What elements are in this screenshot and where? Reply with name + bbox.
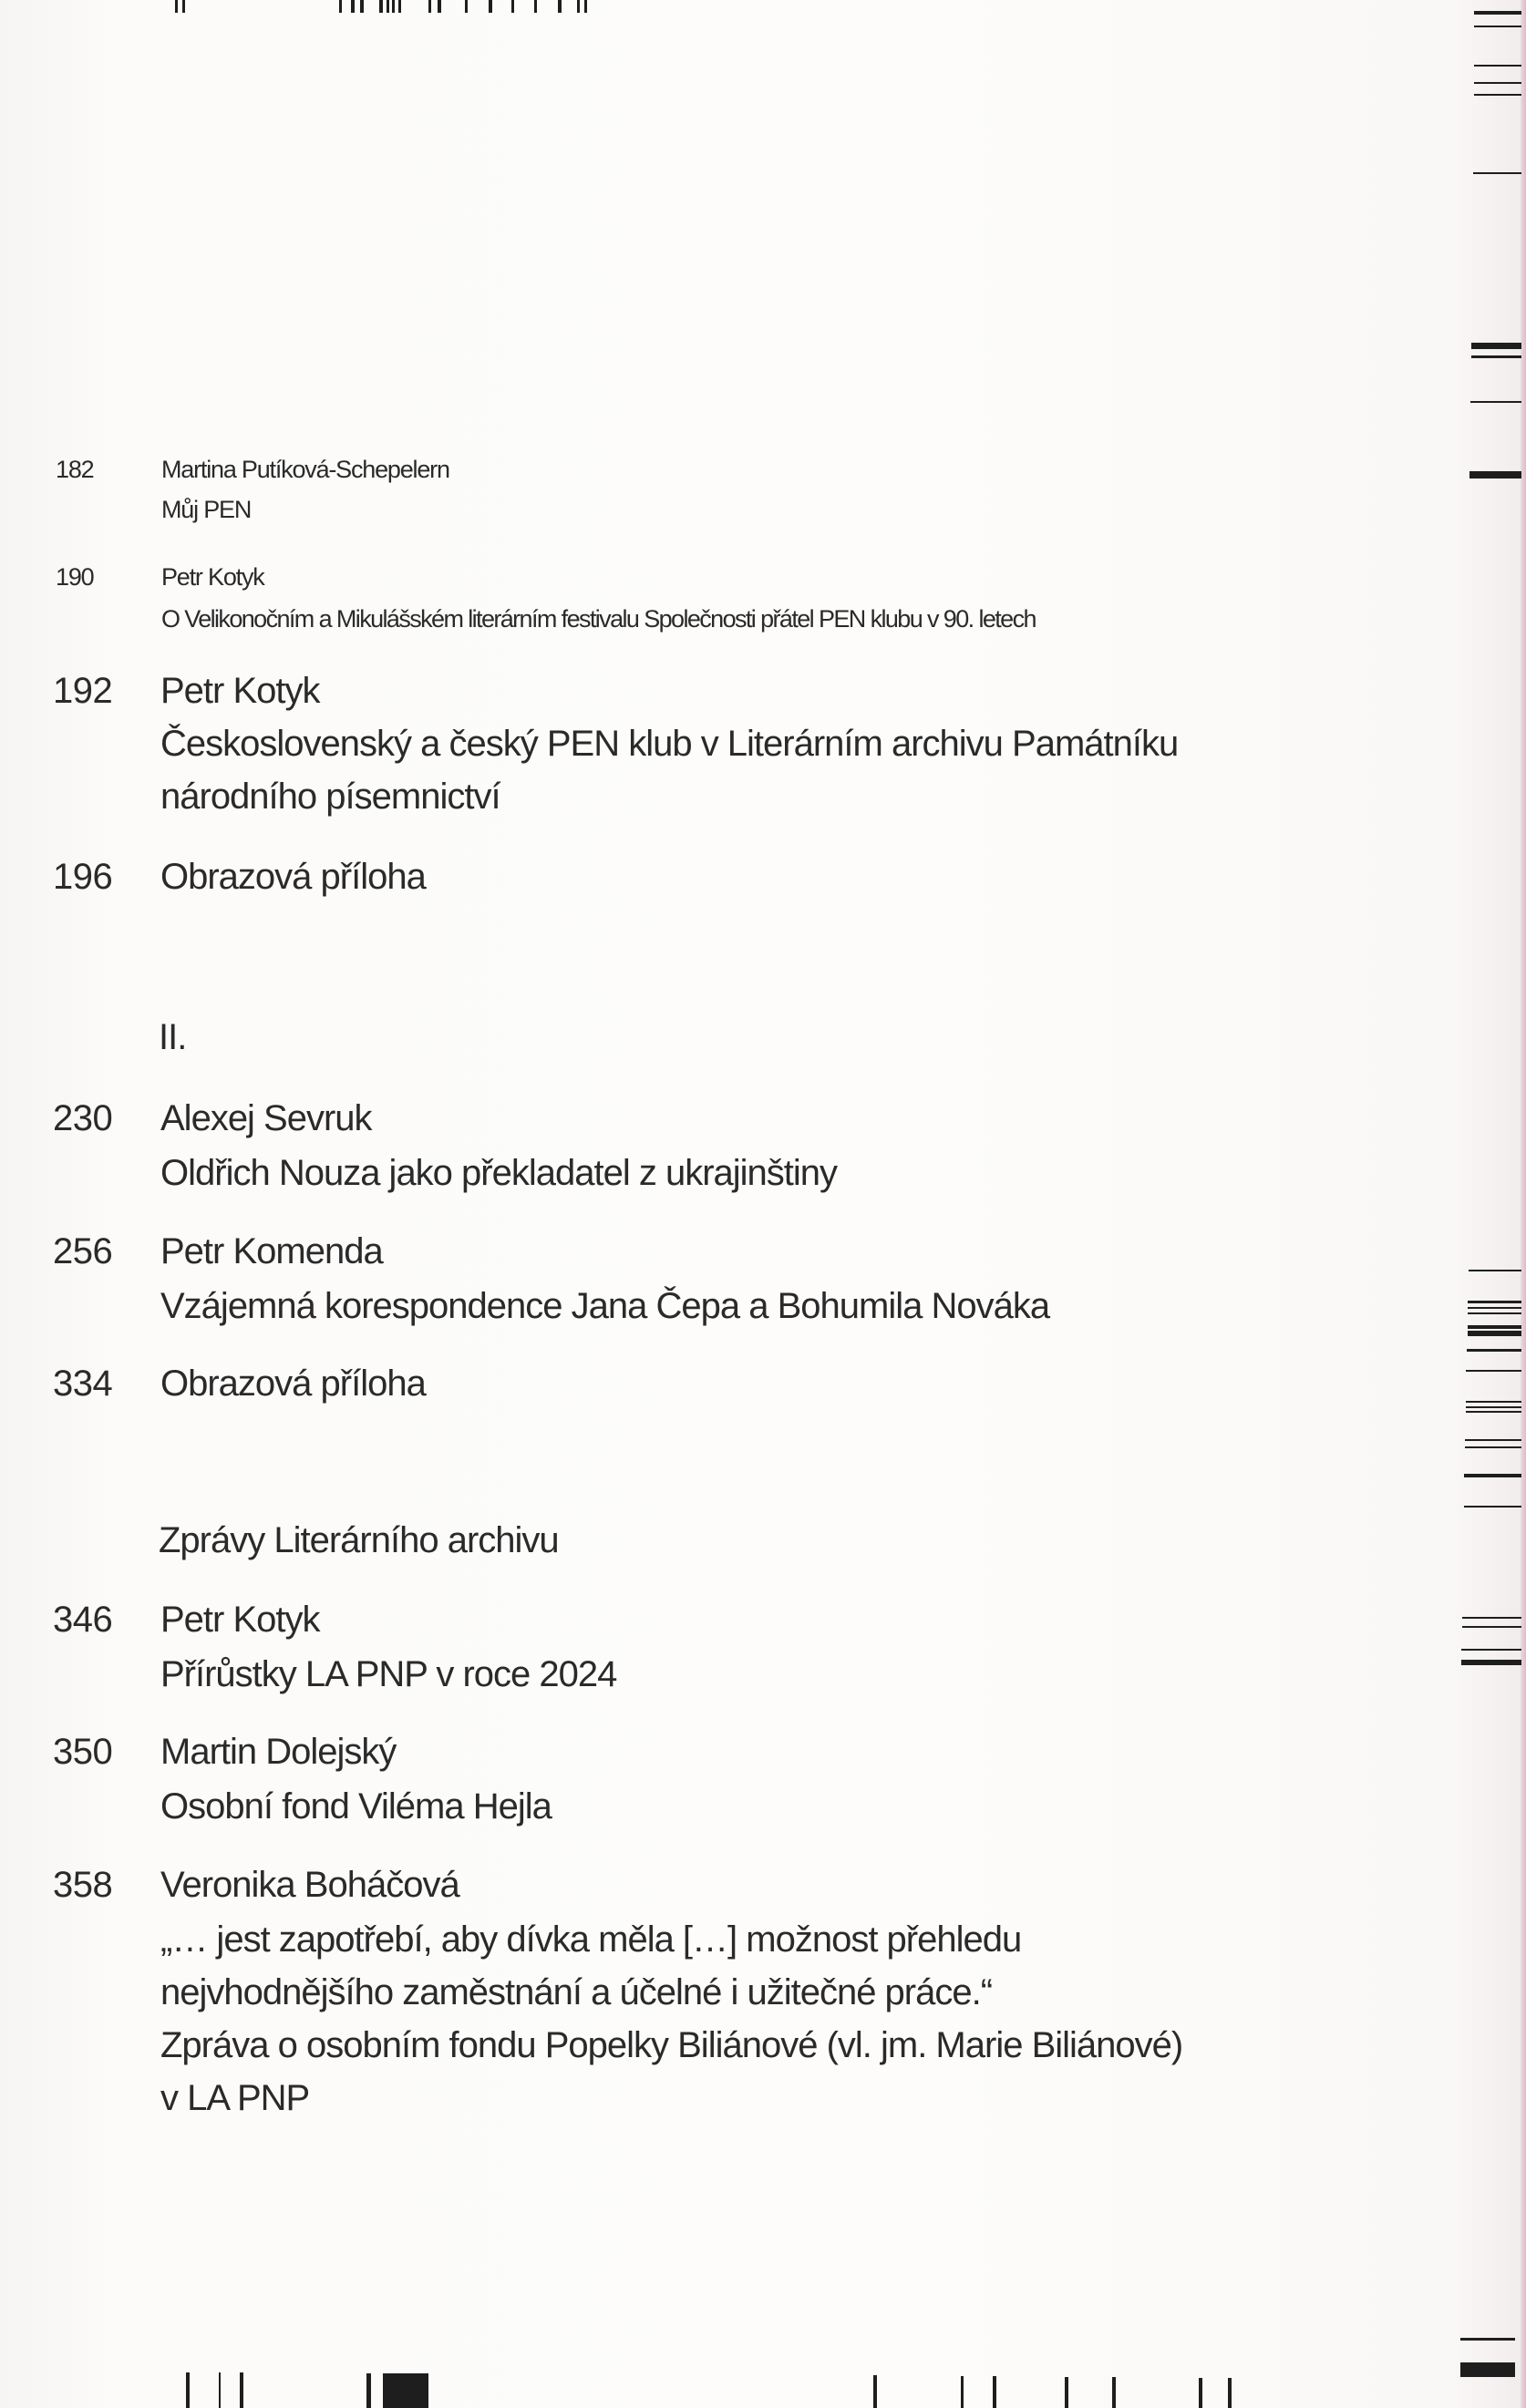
entry-author: Petr Komenda [160,1231,383,1272]
entry-title: O Velikonočním a Mikulášském literárním … [161,605,1036,633]
page-number: 230 [53,1098,112,1139]
page-number: 256 [53,1231,112,1272]
entry-title: Zpráva o osobním fondu Popelky Biliánové… [160,2025,1182,2066]
entry-author: Obrazová příloha [160,857,426,898]
entry-author: Petr Kotyk [160,1600,320,1641]
entry-title: Přírůstky LA PNP v roce 2024 [160,1654,616,1695]
entry-author: Martin Dolejský [160,1732,396,1773]
entry-author: Veronika Boháčová [160,1865,459,1906]
entry-author: Petr Kotyk [161,563,264,592]
page-number: 196 [53,857,112,898]
entry-title: Můj PEN [161,496,251,524]
page-number: 192 [53,671,112,712]
page-number: 334 [53,1364,112,1405]
page-edge [1521,0,1526,2408]
page-number: 350 [53,1732,112,1773]
entry-author: Petr Kotyk [160,671,320,712]
entry-title: v LA PNP [160,2078,309,2119]
entry-title: Osobní fond Viléma Hejla [160,1786,552,1827]
entry-author: Martina Putíková-Schepelern [161,456,449,484]
entry-author: Alexej Sevruk [160,1098,372,1139]
entry-title: „… jest zapotřebí, aby dívka měla […] mo… [160,1919,1021,1960]
page-number: 358 [53,1865,112,1906]
page-number: 346 [53,1600,112,1641]
section-heading: II. [159,1017,186,1058]
entry-title: Československý a český PEN klub v Literá… [160,724,1178,765]
page-number: 190 [56,563,93,592]
entry-title: Vzájemná korespondence Jana Čepa a Bohum… [160,1286,1049,1327]
entry-title: nejvhodnějšího zaměstnání a účelné i uži… [160,1972,992,2013]
entry-title: Oldřich Nouza jako překladatel z ukrajin… [160,1153,837,1194]
entry-title: národního písemnictví [160,777,500,818]
entry-author: Obrazová příloha [160,1364,426,1405]
page-number: 182 [56,456,93,484]
section-heading: Zprávy Literárního archivu [159,1520,559,1561]
